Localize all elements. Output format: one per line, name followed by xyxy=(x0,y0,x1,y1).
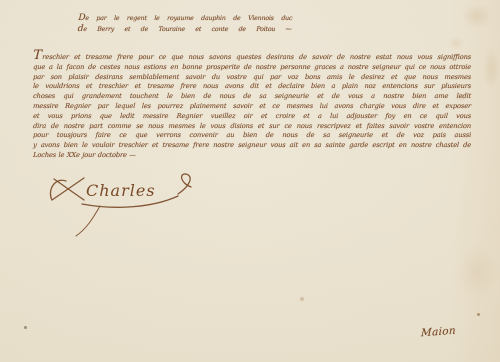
signature-flourish-loop xyxy=(50,180,66,200)
body-line: et vous prions que ledit messire Regnier… xyxy=(33,112,472,122)
body-line: messire Regnier par lequel les pourrez p… xyxy=(33,102,472,112)
secretary-countersignature: Maion xyxy=(421,325,456,339)
royal-signature: Charles xyxy=(48,166,218,241)
body-line: choses qui grandement touchent le bien d… xyxy=(33,92,472,102)
body-line: dira de nostre part comme se nous mesmes… xyxy=(33,122,472,132)
signature-flourish-stroke xyxy=(54,179,84,200)
body-dateline: Loches le XXe jour doctobre — xyxy=(33,151,472,161)
superscription-line-1: De par le regent le royaume dauphin de V… xyxy=(78,13,293,24)
body-line: que a la facon de cestes nous estions en… xyxy=(33,63,472,73)
body-line: par son plaisir desirans semblablement s… xyxy=(33,73,472,83)
body-line: Treschier et tresame frere pour ce que n… xyxy=(33,53,472,63)
body-line: pour tousjours faire ce que verrons conv… xyxy=(33,131,472,141)
manuscript-photo: De par le regent le royaume dauphin de V… xyxy=(0,0,500,362)
body-line: le vouldrions et treschier et tresame fr… xyxy=(33,82,472,92)
signature-end-flourish xyxy=(178,174,191,194)
signature-long-tail xyxy=(76,206,100,236)
signature-name: Charles xyxy=(86,181,156,200)
body-line: y avons bien le vouloir treschier et tre… xyxy=(33,141,472,151)
letter-body: Treschier et tresame frere pour ce que n… xyxy=(33,53,471,161)
superscription-line-2: de Berry et de Touraine et conte de Poit… xyxy=(77,24,292,35)
letter-superscription: De par le regent le royaume dauphin de V… xyxy=(77,13,292,35)
